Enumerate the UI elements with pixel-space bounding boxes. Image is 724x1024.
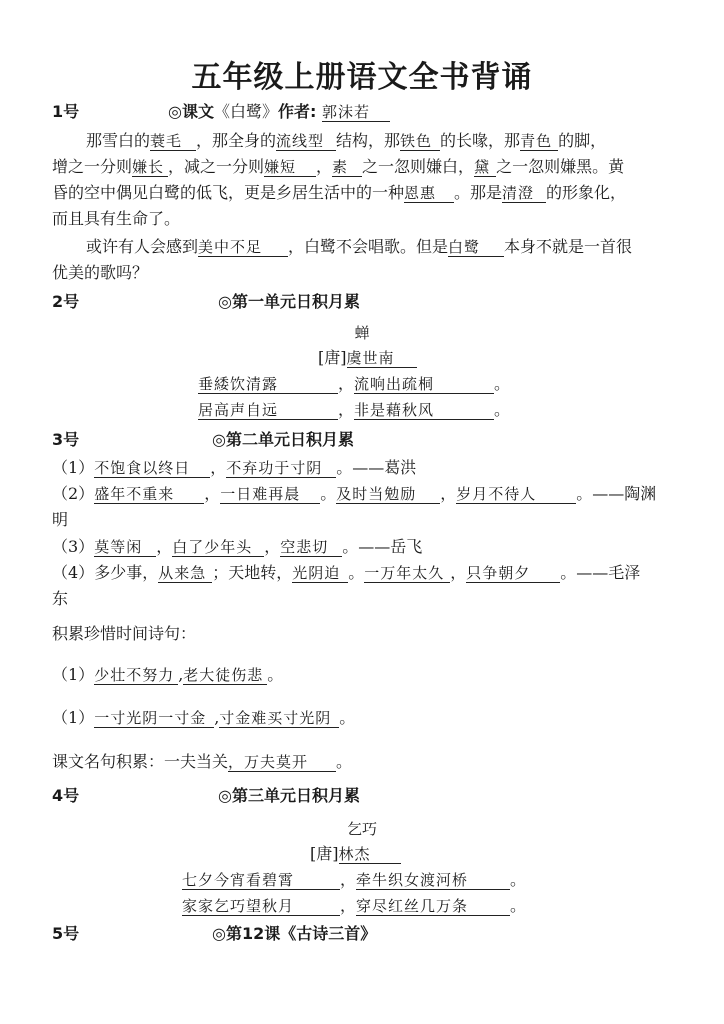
text-fragment: 增之一分则 [52,157,132,176]
section-2-number: 2号 [52,292,79,312]
proverb-item-4-wrap: 东 [52,589,68,609]
text-fragment: 。那是 [454,183,502,202]
text-fragment: 。——陶渊 [576,484,656,503]
text-fragment: （4） [52,563,94,582]
answer-blank: 穿尽红丝几万条 [356,897,510,916]
answer-blank: 白鹭 [448,238,504,257]
text-fragment: （2） [52,484,94,503]
text-fragment: 优美的歌吗？ [52,263,148,282]
text-fragment: 昏的空中偶见白鹭的低飞，更是乡居生活中的一种 [52,183,404,202]
author-answer: 郭沫若 [322,103,390,122]
text-fragment: （1） [52,458,94,477]
answer-blank: 黛 [474,158,496,177]
text-fragment: ，那全身的 [196,131,276,150]
text-fragment: 本身不就是一首很 [504,237,632,256]
text-fragment: 。 [320,484,336,503]
answer-blank: 及时当勉励 [336,485,440,504]
text-fragment: 或许有人会感到 [86,237,198,256]
time-poem-2: （1）一寸光阴一寸金,寸金难买寸光阴。 [52,708,355,728]
answer-blank: 光阴迫 [292,564,348,583]
text-fragment: 那雪白的 [86,131,150,150]
answer-blank: 蓑毛 [150,132,196,151]
section-5-heading: ◎第12课《古诗三首》 [212,924,376,944]
text-fragment: 。 [494,400,510,419]
section-4-heading: ◎第三单元日积月累 [218,786,360,806]
text-fragment: 。 [494,374,510,393]
answer-blank: 垂緌饮清露 [198,375,338,394]
answer-blank: 老大徒伤悲 [183,666,267,685]
proverb-item-1: （1）不饱食以终日，不弃功于寸阴。——葛洪 [52,458,416,478]
answer-blank: 非是藉秋风 [354,401,494,420]
dynasty: [唐] [318,348,347,367]
poet-answer: 虞世南 [347,349,417,368]
text-fragment: （1） [52,708,94,727]
author-label: 作者: [278,102,316,121]
answer-blank: 莫等闲 [94,538,156,557]
poem-line: 七夕今宵看碧霄，牵牛织女渡河桥。 [182,870,526,890]
text-fragment: 结构，那 [336,131,400,150]
text-fragment: ， [338,374,354,393]
poem-line: 居高声自远，非是藉秋风。 [198,400,510,420]
section-1-number: 1号 [52,102,79,122]
time-poems-label: 积累珍惜时间诗句： [52,624,196,644]
dynasty: [唐] [310,844,339,863]
answer-blank: 青色 [520,132,558,151]
heading-prefix: ◎课文 [168,102,214,121]
text-fragment: ， [316,157,332,176]
answer-blank: 居高声自远 [198,401,338,420]
answer-blank: ，万夫莫开 [228,753,336,772]
text-fragment: 而且具有生命了。 [52,209,180,228]
answer-blank: 盛年不重来 [94,485,204,504]
answer-blank: 不饱食以终日 [94,459,210,478]
text-fragment: 课文名句积累：一夫当关 [52,752,228,771]
answer-blank: 从来急 [158,564,212,583]
poem-line: 家家乞巧望秋月，穿尽红丝几万条。 [182,896,526,916]
answer-blank: 嫌短 [264,158,316,177]
text-fragment: 。 [336,752,352,771]
text-fragment: 。 [339,708,355,727]
section-5-number: 5号 [52,924,79,944]
answer-blank: 牵牛织女渡河桥 [356,871,510,890]
text-fragment: 。 [348,563,364,582]
poem-title: 蝉 [0,322,724,343]
poem-title: 乞巧 [0,818,724,839]
text-fragment: ， [204,484,220,503]
text-fragment: （3） [52,537,94,556]
proverb-item-2-wrap: 明 [52,510,68,530]
text-fragment: ， [450,563,466,582]
section-3-heading: ◎第二单元日积月累 [212,430,354,450]
answer-blank: 只争朝夕 [466,564,560,583]
text-fragment: ，减之一分则 [168,157,264,176]
text-fragment: 。 [510,870,526,889]
section-2-heading: ◎第一单元日积月累 [218,292,360,312]
text-fragment: ， [440,484,456,503]
answer-blank: 一日难再晨 [220,485,320,504]
text-fragment: ， [156,537,172,556]
text-fragment: 。——毛泽 [560,563,640,582]
text-fragment: 之一忽则嫌白， [362,157,474,176]
poet-answer: 林杰 [339,845,401,864]
text-fragment: 多少事， [94,563,158,582]
text-fragment: ， [210,458,226,477]
answer-blank: 清澄 [502,184,546,203]
time-poem-1: （1）少壮不努力,老大徒伤悲。 [52,665,283,685]
section-1-paragraph-2: 或许有人会感到美中不足，白鹭不会唱歌。但是白鹭本身不就是一首很 优美的歌吗？ [52,234,672,286]
poem-author-line: [唐]虞世南 [318,348,417,368]
document-page: 五年级上册语文全书背诵 1号 ◎课文《白鹭》作者: 郭沫若 那雪白的蓑毛，那全身… [0,0,724,1024]
section-1-heading: ◎课文《白鹭》作者: 郭沫若 [168,102,390,122]
text-fragment: ， [264,537,280,556]
answer-blank: 美中不足 [198,238,288,257]
answer-blank: 七夕今宵看碧霄 [182,871,340,890]
answer-blank: 流线型 [276,132,336,151]
text-fragment: ， [340,896,356,915]
proverb-item-4: （4）多少事，从来急；天地转，光阴迫。一万年太久，只争朝夕。——毛泽 [52,563,640,583]
answer-blank: 流响出疏桐 [354,375,494,394]
proverb-item-2: （2）盛年不重来，一日难再晨。及时当勉励，岁月不待人。——陶渊 [52,484,656,504]
answer-blank: 一万年太久 [364,564,450,583]
text-fragment: ， [338,400,354,419]
answer-blank: 铁色 [400,132,440,151]
text-fragment: 。——葛洪 [336,458,416,477]
poem-author-line: [唐]林杰 [310,844,401,864]
text-fragment: 。——岳飞 [342,537,422,556]
text-fragment: ；天地转， [212,563,292,582]
proverb-item-3: （3）莫等闲，白了少年头，空悲切。——岳飞 [52,537,422,557]
answer-blank: 岁月不待人 [456,485,576,504]
answer-blank: 少壮不努力 [94,666,178,685]
page-title: 五年级上册语文全书背诵 [0,52,724,96]
answer-blank: 白了少年头 [172,538,264,557]
text-fragment: 的形象化， [546,183,626,202]
answer-blank: 恩惠 [404,184,454,203]
answer-blank: 不弃功于寸阴 [226,459,336,478]
heading-book: 《白鹭》 [214,102,278,121]
text-fragment: 的长喙，那 [440,131,520,150]
answer-blank: 寸金难买寸光阴 [219,709,339,728]
text-fragment: ，白鹭不会唱歌。但是 [288,237,448,256]
answer-blank: 空悲切 [280,538,342,557]
text-fragment: （1） [52,665,94,684]
famous-quote: 课文名句积累：一夫当关，万夫莫开。 [52,752,352,772]
section-3-number: 3号 [52,430,79,450]
section-4-number: 4号 [52,786,79,806]
text-fragment: 。 [510,896,526,915]
answer-blank: 素 [332,158,362,177]
answer-blank: 嫌长 [132,158,168,177]
text-fragment: 的脚， [558,131,606,150]
section-1-paragraph-1: 那雪白的蓑毛，那全身的流线型结构，那铁色的长喙，那青色的脚， 增之一分则嫌长，减… [52,128,672,232]
poem-line: 垂緌饮清露，流响出疏桐。 [198,374,510,394]
text-fragment: 。 [267,665,283,684]
text-fragment: ， [340,870,356,889]
text-fragment: 之一忽则嫌黑。黄 [496,157,624,176]
answer-blank: 一寸光阴一寸金 [94,709,214,728]
answer-blank: 家家乞巧望秋月 [182,897,340,916]
